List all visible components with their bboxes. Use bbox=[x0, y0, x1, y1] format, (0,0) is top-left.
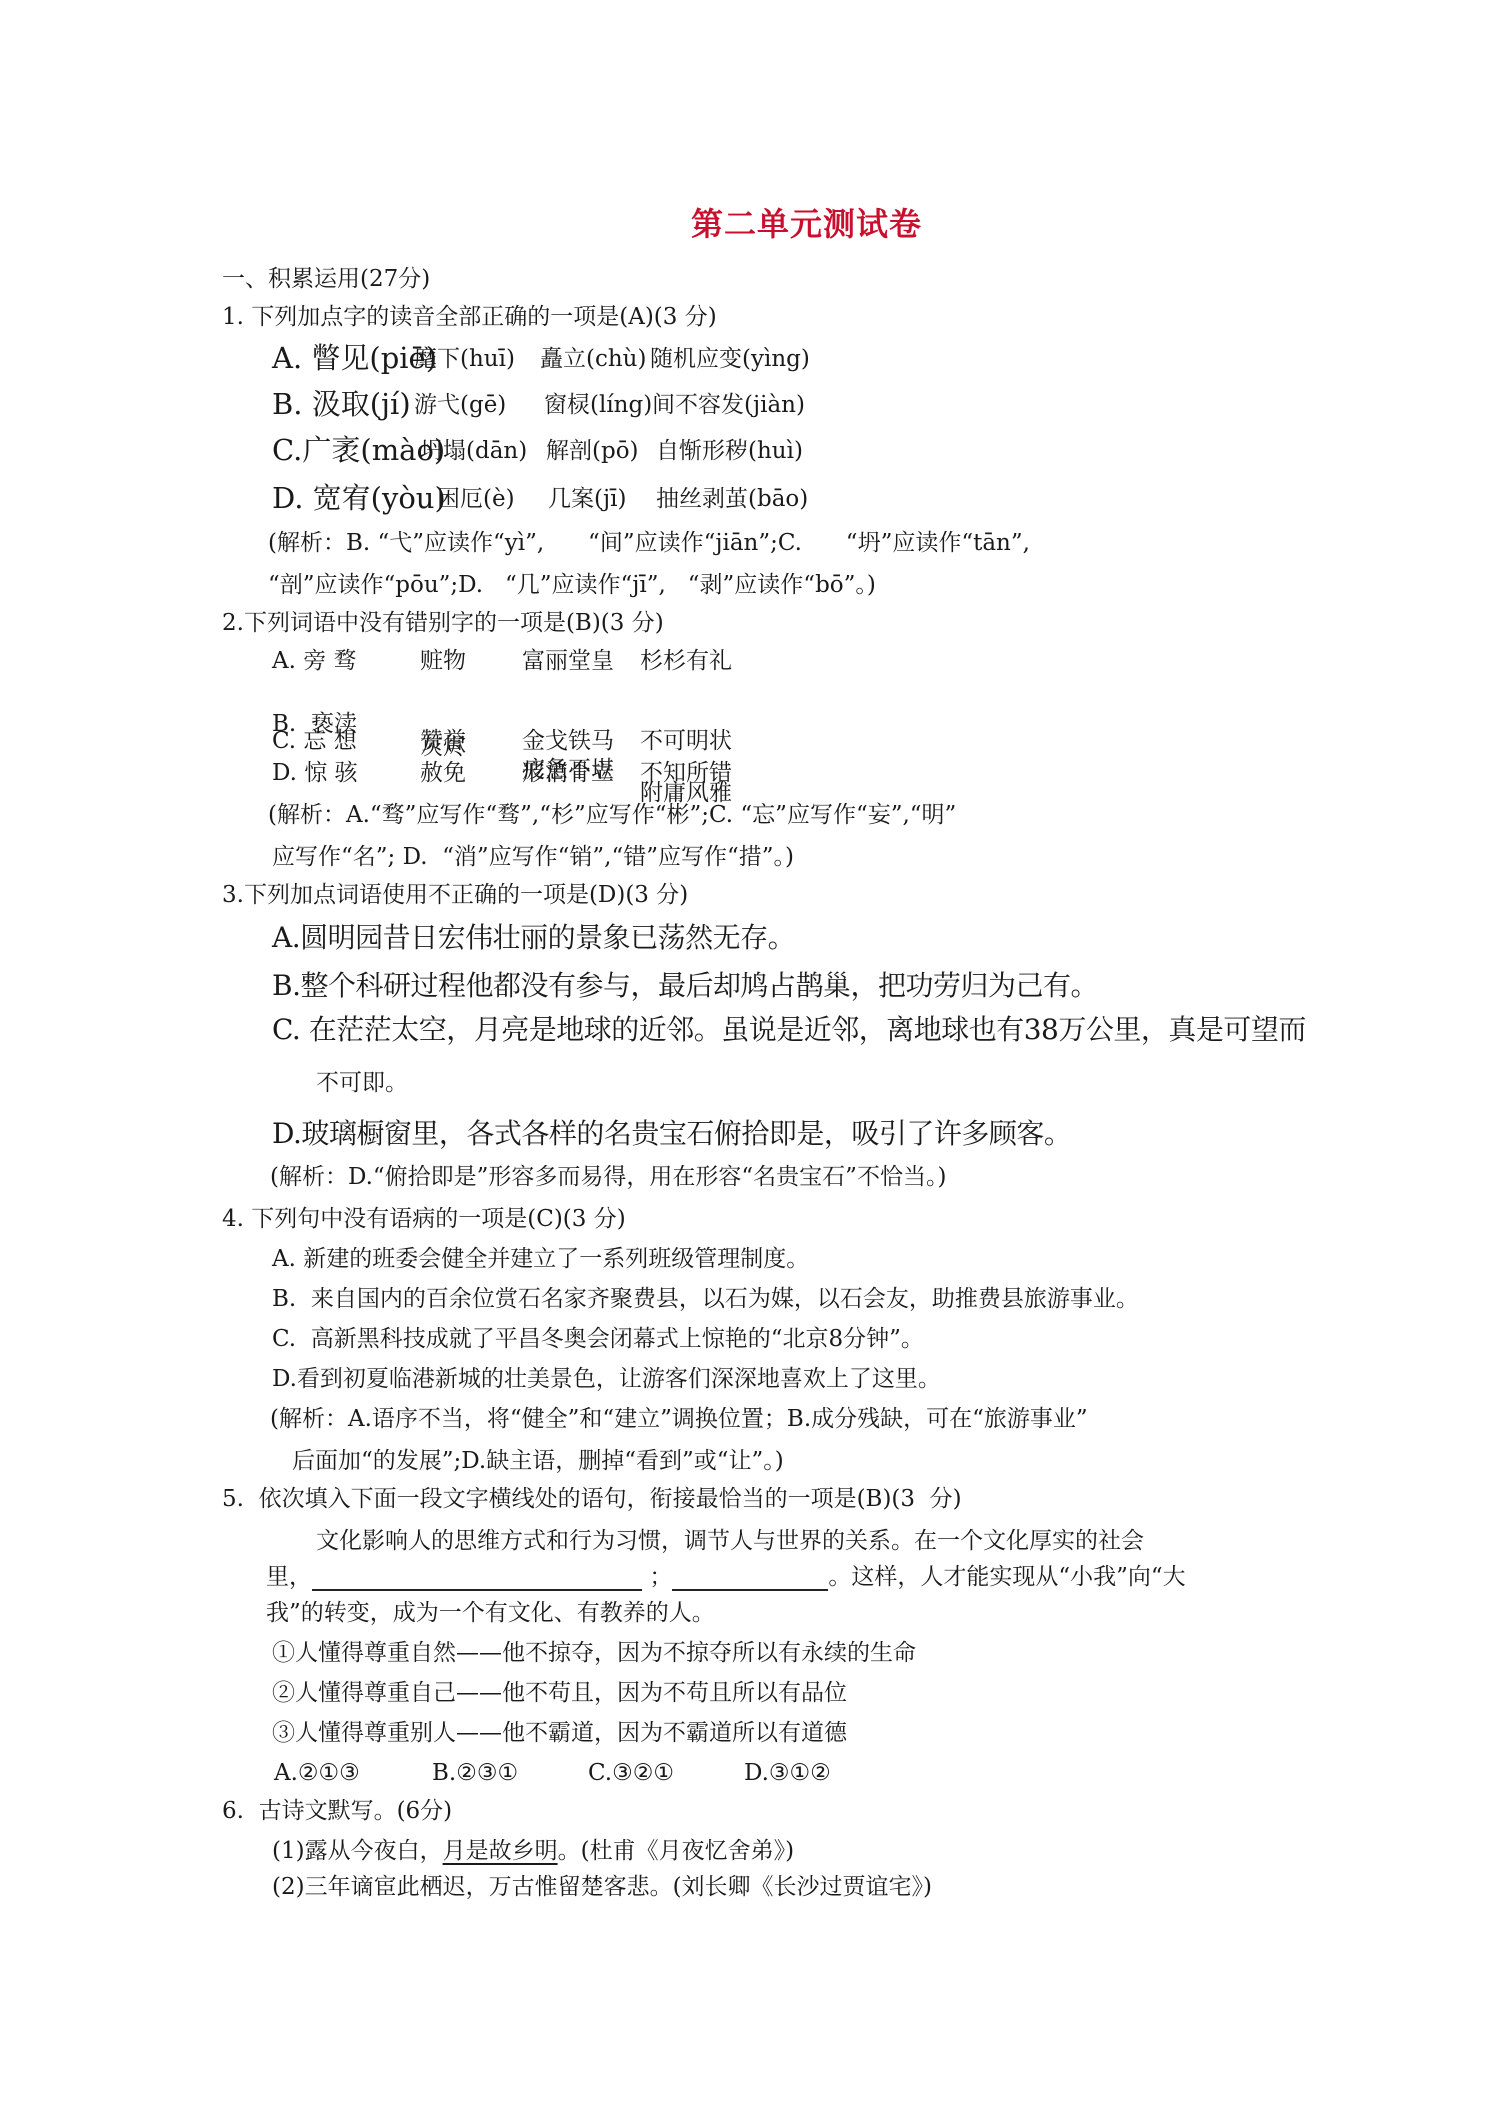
q3-analysis: (解析：D.“俯拾即是”形容多而易得，用在形容“名贵宝石”不恰当。) bbox=[270, 1166, 946, 1189]
q5-blank-1[interactable] bbox=[312, 1566, 642, 1591]
q6-line-2: (2)三年谪宦此栖迟，万古惟留楚客悲。(刘长卿《长沙过贾谊宅》) bbox=[272, 1876, 932, 1899]
q1-a-1: A. 瞥见(piē) bbox=[272, 344, 437, 373]
q6-line1-answer: 月是故乡明 bbox=[443, 1838, 558, 1864]
q2-a-3: 富丽堂皇 bbox=[522, 650, 614, 673]
q4-option-d: D.看到初夏临港新城的壮美景色，让游客们深深地喜欢上了这里。 bbox=[272, 1368, 941, 1391]
question-4-stem: 4. 下列句中没有语病的一项是(C)(3 分) bbox=[222, 1208, 626, 1231]
q2-d-1: D. 惊 骇 bbox=[272, 762, 358, 785]
question-3-stem: 3.下列加点词语使用不正确的一项是(D)(3 分) bbox=[222, 884, 688, 907]
q1-option-a: A. 瞥见(piē) 麾下(huī) 矗立(chù) 随机应变(yìng) bbox=[0, 344, 1493, 380]
q4-analysis-line2: 后面加“的发展”;D.缺主语，删掉“看到”或“让”。) bbox=[292, 1450, 784, 1473]
q6-line1-prefix: (1)露从今夜白， bbox=[272, 1838, 443, 1864]
q1-b-3: 窗棂(líng) bbox=[544, 394, 652, 417]
q1-d-2: 困厄(è) bbox=[437, 488, 515, 511]
q2-d-2: 赦免 bbox=[420, 762, 466, 785]
q4-option-a: A. 新建的班委会健全并建立了一系列班级管理制度。 bbox=[272, 1248, 809, 1271]
q2-option-d: D. 惊 骇 赦免 形消骨立 不知所错 bbox=[0, 762, 1493, 790]
q2-c-2: 赞誉 bbox=[420, 730, 466, 753]
q1-d-1: D. 宽宥(yòu) bbox=[272, 484, 446, 513]
q5-item-3: ③人懂得尊重别人——他不霸道，因为不霸道所以有道德 bbox=[272, 1722, 847, 1745]
q1-c-3: 解剖(pō) bbox=[546, 440, 639, 463]
q2-a-1: A. 旁 骛 bbox=[272, 650, 357, 673]
q4-option-b: B. 来自国内的百余位赏石名家齐聚费县，以石为媒，以石会友，助推费县旅游事业。 bbox=[272, 1288, 1139, 1311]
q1-option-b: B. 汲取(jí) 游弋(gē) 窗棂(líng) 间不容发(jiàn) bbox=[0, 390, 1493, 426]
q6-line1-suffix: 。(杜甫《月夜忆舍弟》) bbox=[558, 1838, 794, 1864]
q3-option-b: B.整个科研过程他都没有参与，最后却鸠占鹊巢，把功劳归为己有。 bbox=[272, 972, 1098, 1000]
q5-choices: A.②①③ B.②③① C.③②① D.③①② bbox=[0, 1762, 1493, 1790]
q2-analysis-line2: 应写作“名”; D. “消”应写作“销”,“错”应写作“措”。) bbox=[272, 846, 794, 869]
q1-b-1: B. 汲取(jí) bbox=[272, 390, 411, 419]
q1-analysis-line1: (解析：B. “弋”应读作“yì”, “间”应读作“jiān”;C. “坍”应读… bbox=[268, 532, 1030, 555]
q5-item-2: ②人懂得尊重自己——他不苟且，因为不苟且所以有品位 bbox=[272, 1682, 847, 1705]
q5-passage-end: 。这样，人才能实现从“小我”向“大 bbox=[828, 1564, 1185, 1590]
q2-c-4: 不可明状 bbox=[640, 730, 732, 753]
q5-passage-line3: 我”的转变，成为一个有文化、有教养的人。 bbox=[266, 1602, 715, 1625]
q1-option-d: D. 宽宥(yòu) 困厄(è) 几案(jī) 抽丝剥茧(bāo) bbox=[0, 484, 1493, 520]
q1-c-4: 自惭形秽(huì) bbox=[656, 440, 803, 463]
q3-option-a: A.圆明园昔日宏伟壮丽的景象已荡然无存。 bbox=[272, 924, 795, 952]
q6-line-1: (1)露从今夜白，月是故乡明。(杜甫《月夜忆舍弟》) bbox=[272, 1840, 794, 1863]
q5-item-1: ①人懂得尊重自然——他不掠夺，因为不掠夺所以有永续的生命 bbox=[272, 1642, 916, 1665]
q2-d-3: 形消骨立 bbox=[522, 762, 614, 785]
exam-page: 第二单元测试卷 一、积累运用(27分) 1. 下列加点字的读音全部正确的一项是(… bbox=[0, 0, 1493, 2112]
q1-b-4: 间不容发(jiàn) bbox=[652, 394, 805, 417]
q1-a-2: 麾下(huī) bbox=[414, 348, 515, 371]
section-heading: 一、积累运用(27分) bbox=[222, 268, 430, 291]
q5-separator: ； bbox=[649, 1564, 672, 1590]
q5-passage-start: 里， bbox=[266, 1564, 312, 1590]
q1-option-c: C.广袤(mào) 坍塌(dān) 解剖(pō) 自惭形秽(huì) bbox=[0, 436, 1493, 472]
q5-choice-a: A.②①③ bbox=[274, 1762, 360, 1785]
q5-choice-c: C.③②① bbox=[588, 1762, 674, 1785]
q1-analysis-line2: “剖”应读作“pōu”;D. “几”应读作“jī”, “剥”应读作“bō”。) bbox=[268, 574, 876, 597]
q5-choice-b: B.②③① bbox=[432, 1762, 518, 1785]
q1-a-3: 矗立(chù) bbox=[540, 348, 646, 371]
question-2-stem: 2.下列词语中没有错别字的一项是(B)(3 分) bbox=[222, 612, 664, 635]
q2-a-2: 赃物 bbox=[420, 650, 466, 673]
q1-d-3: 几案(jī) bbox=[548, 488, 626, 511]
q3-option-c: C. 在茫茫太空，月亮是地球的近邻。虽说是近邻，离地球也有38万公里，真是可望而 bbox=[272, 1016, 1306, 1044]
q3-option-d: D.玻璃橱窗里，各式各样的名贵宝石俯拾即是，吸引了许多顾客。 bbox=[272, 1120, 1071, 1148]
question-5-stem: 5. 依次填入下面一段文字横线处的语句，衔接最恰当的一项是(B)(3 分) bbox=[222, 1488, 962, 1511]
question-1-stem: 1. 下列加点字的读音全部正确的一项是(A)(3 分) bbox=[222, 306, 717, 329]
q3-option-c-cont: 不可即。 bbox=[316, 1072, 408, 1095]
q5-choice-d: D.③①② bbox=[744, 1762, 831, 1785]
q2-c-1: C. 忘 想 bbox=[272, 730, 357, 753]
q4-analysis-line1: (解析：A.语序不当，将“健全”和“建立”调换位置；B.成分残缺，可在“旅游事业… bbox=[270, 1408, 1088, 1431]
question-6-stem: 6. 古诗文默写。(6分) bbox=[222, 1800, 452, 1823]
q2-a-4: 杉杉有礼 bbox=[640, 650, 732, 673]
q1-d-4: 抽丝剥茧(bāo) bbox=[656, 488, 808, 511]
q5-blank-2[interactable] bbox=[672, 1566, 828, 1591]
q5-passage-line1: 文化影响人的思维方式和行为习惯，调节人与世界的关系。在一个文化厚实的社会 bbox=[316, 1530, 1144, 1553]
q2-d-4: 不知所错 bbox=[640, 762, 732, 785]
q4-option-c: C. 高新黑科技成就了平昌冬奥会闭幕式上惊艳的“北京8分钟”。 bbox=[272, 1328, 924, 1351]
q2-c-3: 金戈铁马 bbox=[522, 730, 614, 753]
q2-analysis-line1: (解析：A.“骛”应写作“骛”,“杉”应写作“彬”;C. “忘”应写作“妄”,“… bbox=[268, 804, 956, 827]
q1-c-2: 坍塌(dān) bbox=[420, 440, 527, 463]
q1-b-2: 游弋(gē) bbox=[414, 394, 506, 417]
page-title: 第二单元测试卷 bbox=[0, 208, 1493, 240]
q2-option-b: B. 亵渎 灰烬 疲惫不堪 附庸风雅 bbox=[0, 690, 1493, 718]
q1-a-4: 随机应变(yìng) bbox=[650, 348, 810, 371]
q5-passage-line2: 里， ； 。这样，人才能实现从“小我”向“大 bbox=[266, 1566, 1186, 1591]
q2-option-a: A. 旁 骛 赃物 富丽堂皇 杉杉有礼 bbox=[0, 650, 1493, 678]
q2-option-c: C. 忘 想 赞誉 金戈铁马 不可明状 bbox=[0, 730, 1493, 758]
